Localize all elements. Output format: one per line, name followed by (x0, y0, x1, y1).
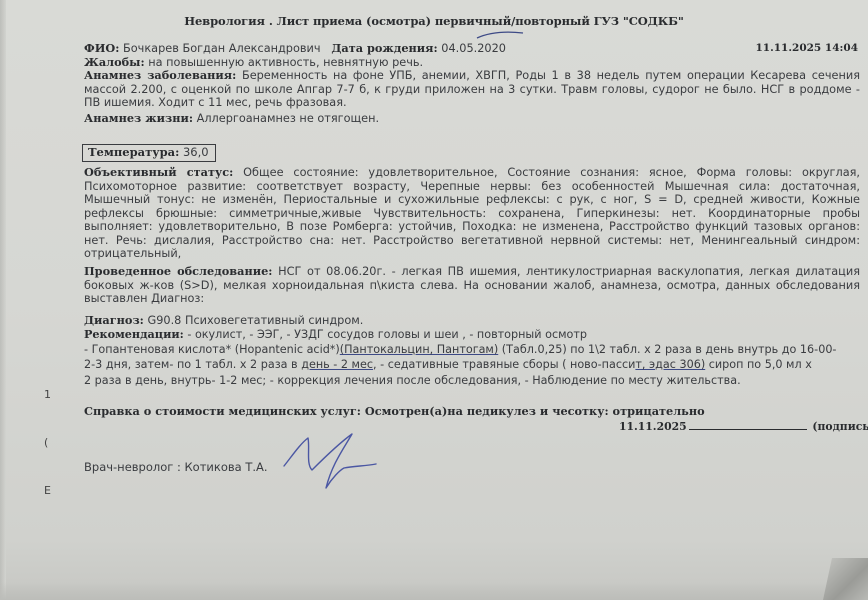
patient-row: ФИО: Бочкарев Богдан Александрович Дата … (84, 41, 506, 55)
recommendations-text-3d-underlined: т, эдас 306) (635, 358, 705, 371)
examination-label: Проведенное обследование: (84, 264, 272, 278)
document-title: Неврология . Лист приема (осмотра) перви… (0, 14, 868, 28)
margin-mark-1: 1 (44, 388, 51, 401)
page-left-edge (0, 0, 6, 600)
complaints-row: Жалобы: на повышенную активность, невнят… (84, 55, 423, 69)
visit-datetime: 11.11.2025 14:04 (755, 42, 858, 54)
recommendations-text-3c: , - седативные травяные сборы ( ново-пас… (373, 358, 635, 371)
doctor-line: Врач-невролог : Котикова Т.А. (84, 460, 268, 474)
objective-status-value: Общее состояние: удовлетворительное, Сос… (84, 166, 860, 260)
diagnosis-row: Диагноз: G90.8 Психовегетативный синдром… (84, 313, 363, 327)
recommendations-text-1: - окулист, - ЭЭГ, - УЗДГ сосудов головы … (187, 328, 587, 341)
recommendations-text-3b-underlined: день - 2 мес (301, 358, 373, 371)
recommendations-text-2b-underlined: (Пантокальцин, Пантогам) (340, 343, 498, 356)
doctor-label: Врач-невролог : (84, 460, 181, 474)
handwritten-signature (280, 430, 380, 495)
objective-status-label: Объективный статус: (84, 165, 233, 179)
certificate-label: Справка о стоимости медицинских услуг: (84, 404, 361, 418)
anamnesis-disease: Анамнез заболевания: Беременность на фон… (84, 69, 860, 110)
temperature-value: 36,0 (183, 145, 209, 159)
recommendations-text-2c: (Табл.0,25) по 1\2 табл. х 2 раза в день… (498, 343, 836, 356)
complaints-label: Жалобы: (84, 55, 145, 69)
recommendations-label: Рекомендации: (84, 327, 184, 341)
recommendations-line-1: Рекомендации: - окулист, - ЭЭГ, - УЗДГ с… (84, 327, 587, 341)
diagnosis-label: Диагноз: (84, 313, 144, 327)
recommendations-line-4: 2 раза в день, внутрь- 1-2 мес; - коррек… (84, 374, 741, 387)
recommendations-text-2a: - Гопантеновая кислота* (Hopantenic acid… (84, 343, 340, 356)
certificate-line: Справка о стоимости медицинских услуг: О… (84, 404, 705, 418)
pen-stroke-mark (475, 30, 525, 40)
recommendations-text-4: 2 раза в день, внутрь- 1-2 мес; - коррек… (84, 374, 741, 387)
doctor-name: Котикова Т.А. (185, 460, 268, 474)
recommendations-text-3a: 2-3 дня, затем- по 1 табл. х 2 раза в (84, 358, 301, 371)
signature-label: (подпись) (812, 420, 868, 433)
page-bottom-shadow (0, 582, 868, 600)
dob-value: 04.05.2020 (441, 42, 506, 55)
anamnesis-life-label: Анамнез жизни: (84, 111, 193, 125)
signature-date: 11.11.2025 (619, 420, 687, 433)
anamnesis-life-row: Анамнез жизни: Аллергоанамнез не отягоще… (84, 111, 379, 125)
signature-blank-line (689, 420, 807, 430)
recommendations-text-3e: сироп по 5,0 мл х (705, 358, 812, 371)
margin-mark-3: E (44, 484, 51, 497)
temperature-label: Температура: (88, 145, 179, 159)
examination: Проведенное обследование: НСГ от 08.06.2… (84, 265, 860, 306)
dob-label: Дата рождения: (331, 41, 437, 55)
recommendations-line-2: - Гопантеновая кислота* (Hopantenic acid… (84, 343, 836, 356)
inspection-result: Осмотрен(а)на педикулез и чесотку: отриц… (365, 404, 705, 418)
anamnesis-disease-label: Анамнез заболевания: (84, 68, 236, 82)
objective-status: Объективный статус: Общее состояние: удо… (84, 166, 860, 261)
fio-value: Бочкарев Богдан Александрович (123, 42, 321, 55)
recommendations-line-3: 2-3 дня, затем- по 1 табл. х 2 раза в де… (84, 358, 812, 371)
signature-date-line: 11.11.2025 (подпись) (619, 420, 868, 433)
temperature-box: Температура: 36,0 (82, 144, 216, 162)
margin-mark-2: ( (44, 436, 48, 449)
diagnosis-value: G90.8 Психовегетативный синдром. (147, 314, 363, 327)
anamnesis-life-value: Аллергоанамнез не отягощен. (197, 112, 379, 125)
fio-label: ФИО: (84, 41, 119, 55)
